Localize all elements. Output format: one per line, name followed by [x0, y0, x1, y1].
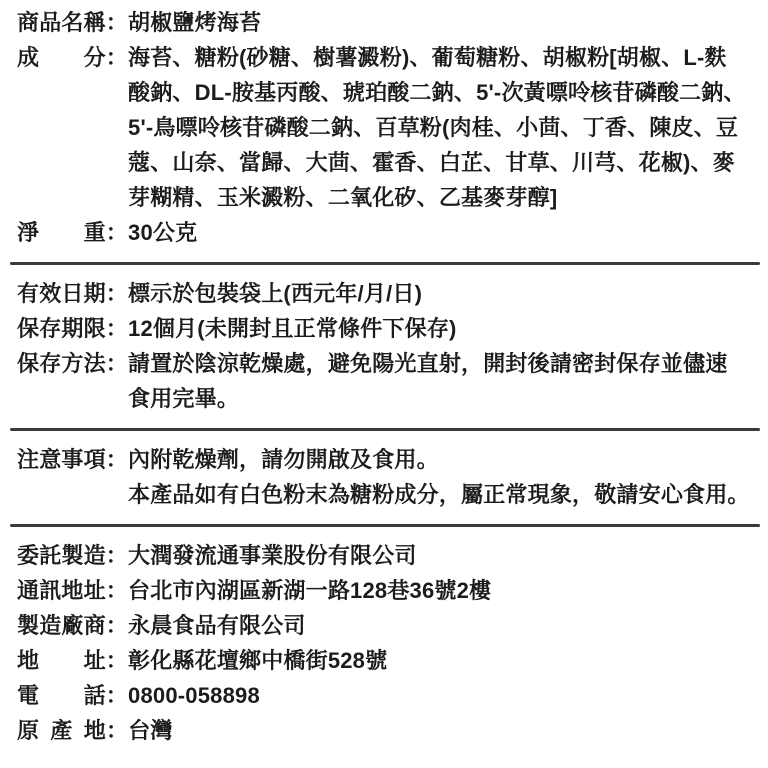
net-weight-row: 淨 重： 30公克: [17, 215, 760, 250]
ingredients-value: 海苔、糖粉(砂糖、樹薯澱粉)、葡萄糖粉、胡椒粉[胡椒、L-麩 酸鈉、DL-胺基丙…: [128, 40, 760, 215]
contact-address-label: 通訊地址：: [17, 573, 128, 608]
precautions-value: 內附乾燥劑，請勿開啟及食用。 本產品如有白色粉末為糖粉成分，屬正常現象，敬請安心…: [128, 442, 760, 512]
manufacturer-value: 永晨食品有限公司: [128, 608, 760, 643]
manufacturer-label: 製造廠商：: [17, 608, 128, 643]
product-label-sheet: 商品名稱： 胡椒鹽烤海苔 成 分： 海苔、糖粉(砂糖、樹薯澱粉)、葡萄糖粉、胡椒…: [0, 0, 768, 768]
phone-label: 電 話：: [17, 678, 128, 713]
precautions-label: 注意事項：: [17, 442, 128, 477]
shelf-life-row: 保存期限： 12個月(未開封且正常條件下保存): [17, 311, 760, 346]
shelf-life-label: 保存期限：: [17, 311, 128, 346]
phone-value: 0800-058898: [128, 678, 760, 713]
net-weight-label: 淨 重：: [17, 215, 128, 250]
shelf-life-value: 12個月(未開封且正常條件下保存): [128, 311, 760, 346]
commissioned-manufacturer-row: 委託製造： 大潤發流通事業股份有限公司: [17, 538, 760, 573]
section-precautions: 注意事項： 內附乾燥劑，請勿開啟及食用。 本產品如有白色粉末為糖粉成分，屬正常現…: [17, 442, 760, 512]
manufacturer-row: 製造廠商： 永晨食品有限公司: [17, 608, 760, 643]
expiry-date-value: 標示於包裝袋上(西元年/月/日): [128, 276, 760, 311]
storage-method-row: 保存方法： 請置於陰涼乾燥處，避免陽光直射，開封後請密封保存並儘速 食用完畢。: [17, 346, 760, 416]
origin-label: 原 產 地：: [17, 713, 128, 748]
product-name-value: 胡椒鹽烤海苔: [128, 5, 760, 40]
expiry-date-row: 有效日期： 標示於包裝袋上(西元年/月/日): [17, 276, 760, 311]
storage-method-label: 保存方法：: [17, 346, 128, 381]
section-manufacturer-info: 委託製造： 大潤發流通事業股份有限公司 通訊地址： 台北市內湖區新湖一路128巷…: [17, 538, 760, 748]
commissioned-manufacturer-label: 委託製造：: [17, 538, 128, 573]
origin-value: 台灣: [128, 713, 760, 748]
factory-address-row: 地 址： 彰化縣花壇鄉中橋街528號: [17, 643, 760, 678]
contact-address-row: 通訊地址： 台北市內湖區新湖一路128巷36號2樓: [17, 573, 760, 608]
factory-address-value: 彰化縣花壇鄉中橋街528號: [128, 643, 760, 678]
section-divider: [10, 524, 760, 527]
product-name-row: 商品名稱： 胡椒鹽烤海苔: [17, 5, 760, 40]
net-weight-value: 30公克: [128, 215, 760, 250]
section-product-info: 商品名稱： 胡椒鹽烤海苔 成 分： 海苔、糖粉(砂糖、樹薯澱粉)、葡萄糖粉、胡椒…: [17, 5, 760, 250]
origin-row: 原 產 地： 台灣: [17, 713, 760, 748]
contact-address-value: 台北市內湖區新湖一路128巷36號2樓: [128, 573, 760, 608]
section-storage-info: 有效日期： 標示於包裝袋上(西元年/月/日) 保存期限： 12個月(未開封且正常…: [17, 276, 760, 416]
ingredients-row: 成 分： 海苔、糖粉(砂糖、樹薯澱粉)、葡萄糖粉、胡椒粉[胡椒、L-麩 酸鈉、D…: [17, 40, 760, 215]
section-divider: [10, 262, 760, 265]
factory-address-label: 地 址：: [17, 643, 128, 678]
expiry-date-label: 有效日期：: [17, 276, 128, 311]
product-name-label: 商品名稱：: [17, 5, 128, 40]
precautions-row: 注意事項： 內附乾燥劑，請勿開啟及食用。 本產品如有白色粉末為糖粉成分，屬正常現…: [17, 442, 760, 512]
storage-method-value: 請置於陰涼乾燥處，避免陽光直射，開封後請密封保存並儘速 食用完畢。: [128, 346, 760, 416]
phone-row: 電 話： 0800-058898: [17, 678, 760, 713]
section-divider: [10, 428, 760, 431]
commissioned-manufacturer-value: 大潤發流通事業股份有限公司: [128, 538, 760, 573]
ingredients-label: 成 分：: [17, 40, 128, 75]
